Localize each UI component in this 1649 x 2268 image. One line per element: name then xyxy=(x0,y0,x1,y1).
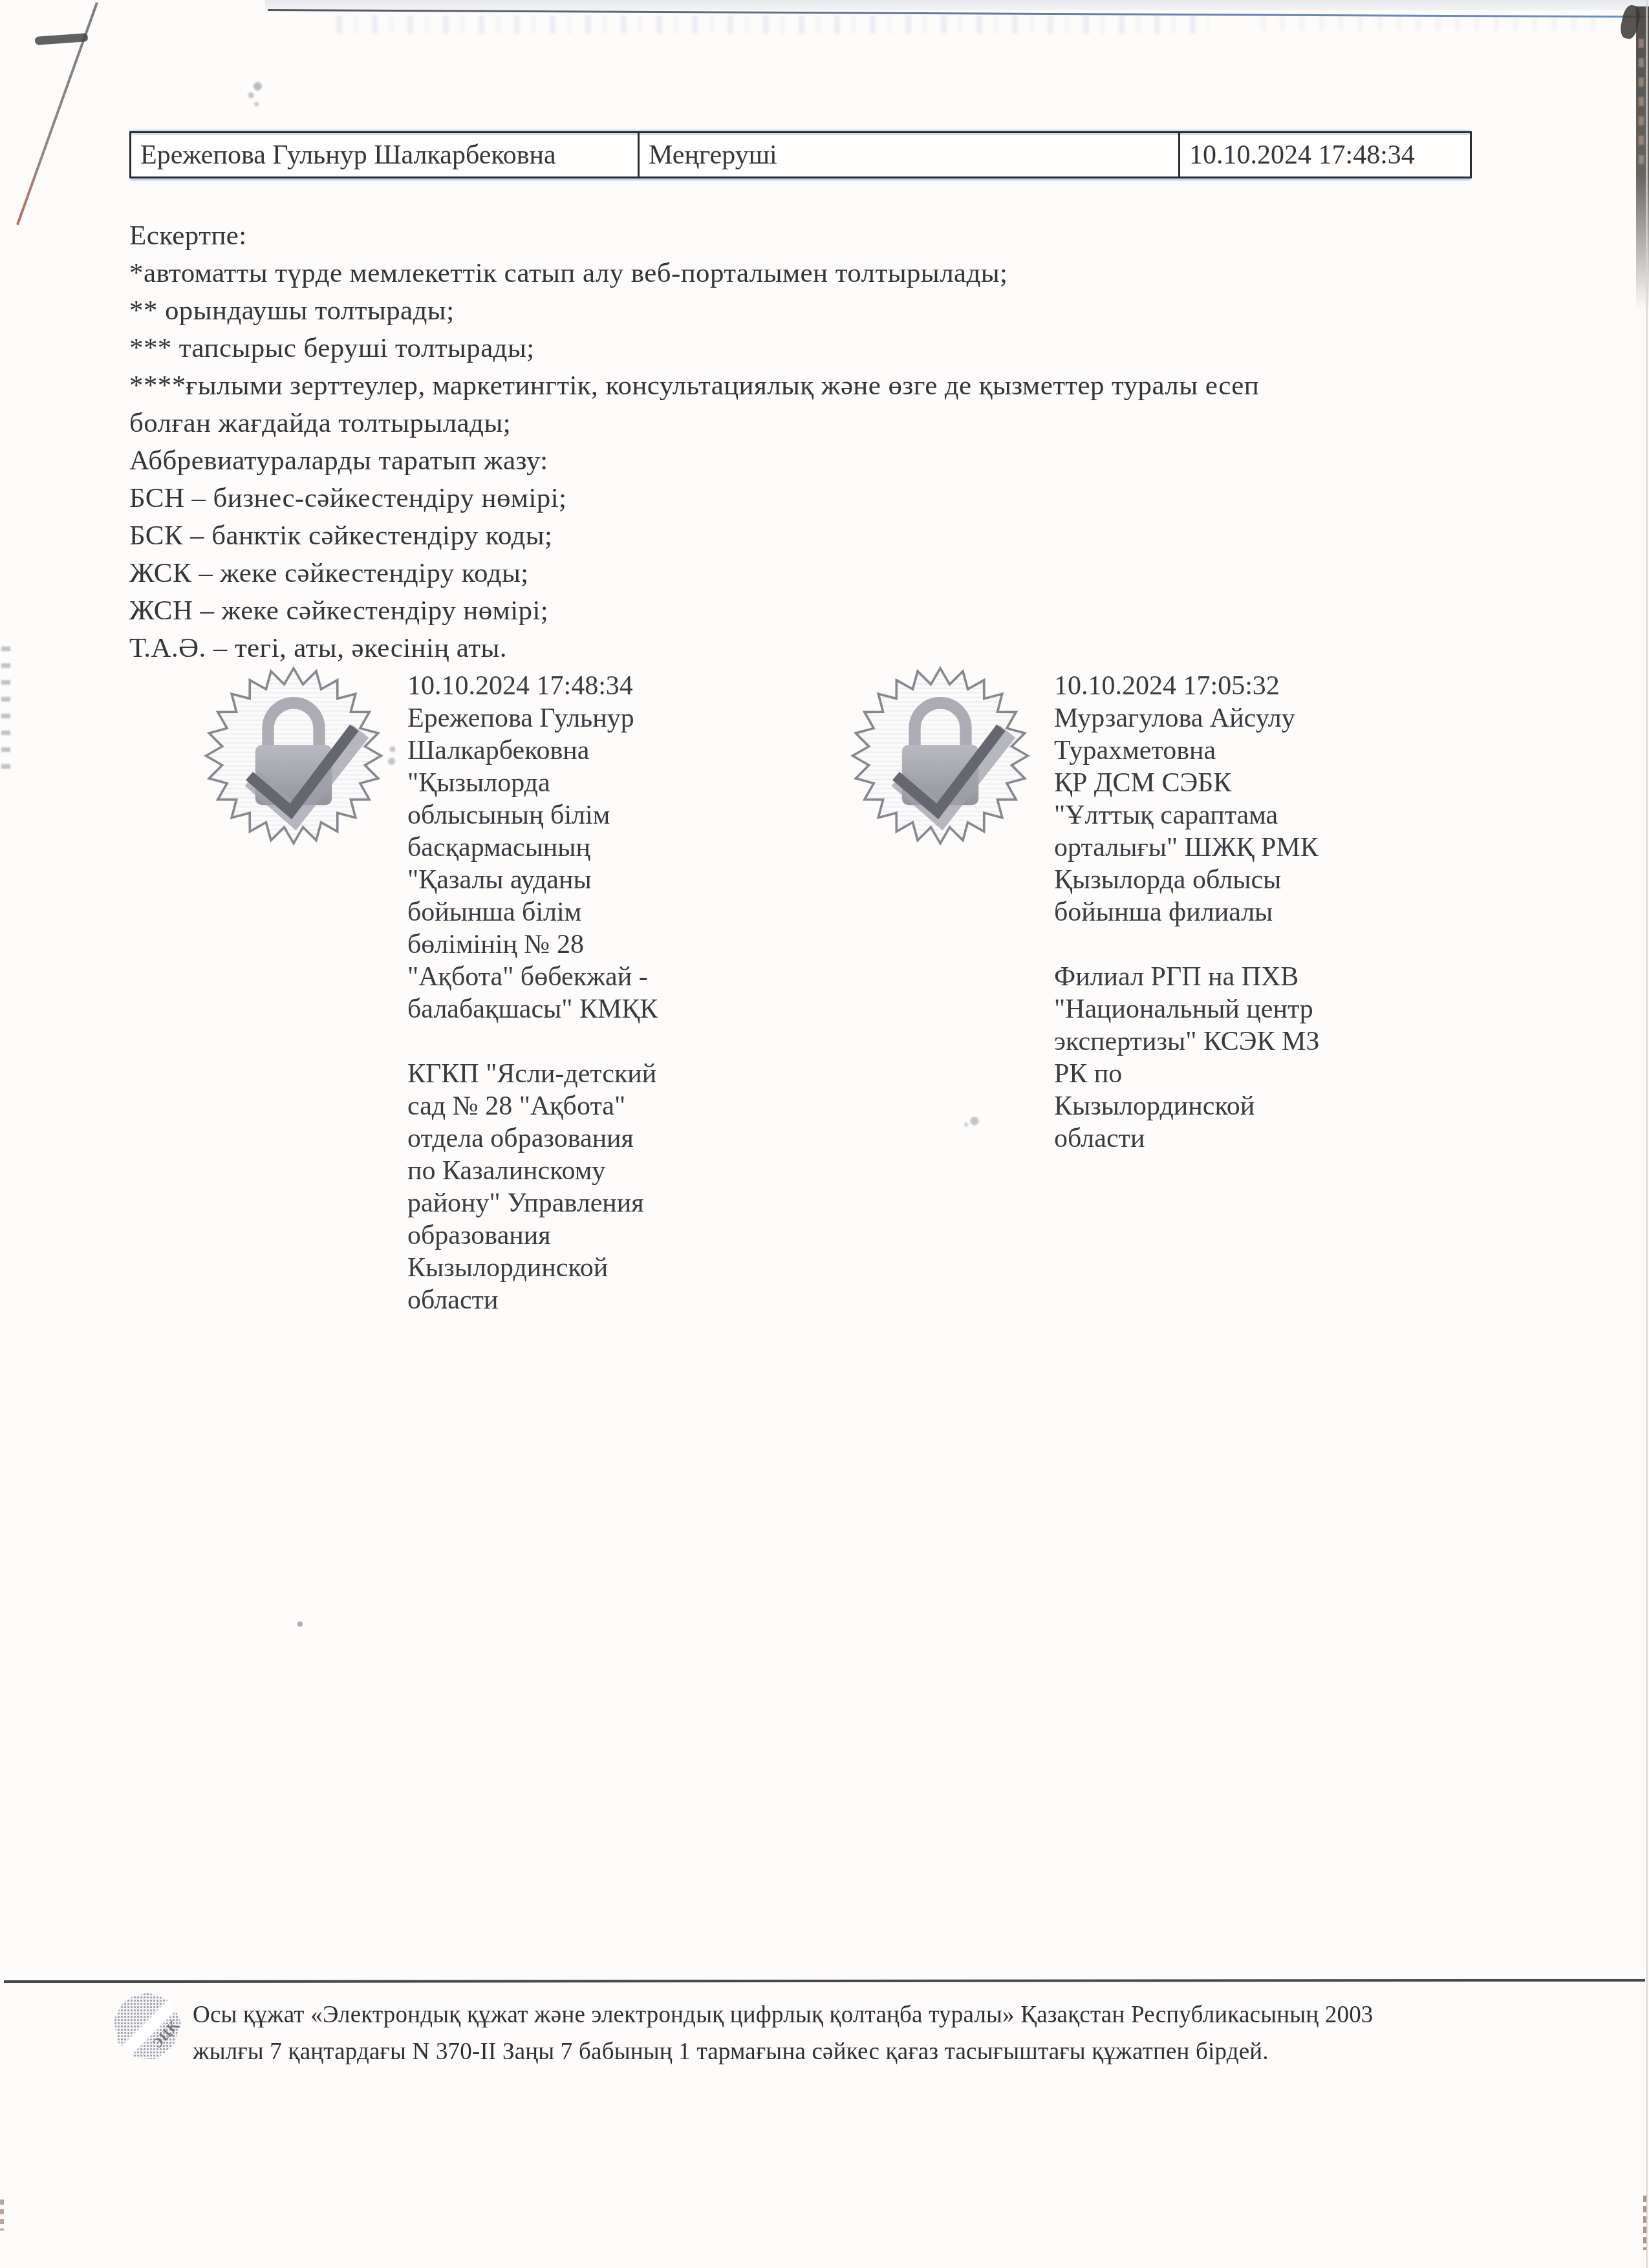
scan-artifact-top-edge-line xyxy=(268,9,1649,17)
text-line: балабақшасы" КМҚК xyxy=(407,993,711,1025)
scan-artifact-right-edge xyxy=(1646,0,1648,2268)
esign-logo-text: ЭЦҚ xyxy=(149,2017,182,2051)
text-line: болған жағдайда толтырылады; xyxy=(129,405,1474,442)
text-line: отдела образования xyxy=(407,1122,711,1155)
text-line xyxy=(1054,928,1358,961)
scan-artifact-dash xyxy=(35,33,89,45)
seal-with-padlock-and-checkmark-icon xyxy=(202,665,385,847)
text-line: Т.А.Ә. – тегі, аты, әкесінің аты. xyxy=(129,630,1474,667)
scan-artifact-bottom-left xyxy=(0,2199,4,2231)
text-line: "Қазалы ауданы xyxy=(407,864,711,896)
signer-role-cell: Меңгеруші xyxy=(639,133,1180,178)
text-line: ЖСН – жеке сәйкестендіру нөмірі; xyxy=(129,592,1474,630)
text-line: орталығы" ШЖҚ РМК xyxy=(1054,831,1358,864)
text-line: по Казалинскому xyxy=(407,1155,711,1187)
text-line: ҚР ДСМ СЭБК xyxy=(1054,767,1358,799)
text-line: КГКП "Ясли-детский xyxy=(407,1058,711,1090)
text-line: Кызылординской xyxy=(1054,1090,1358,1122)
text-line: ****ғылыми зерттеулер, маркетингтік, кон… xyxy=(129,367,1474,405)
table-row: Ережепова Гульнур Шалкарбековна Меңгеруш… xyxy=(131,133,1471,178)
signature-datetime-cell: 10.10.2024 17:48:34 xyxy=(1180,133,1471,178)
text-line: бөлімінің № 28 xyxy=(407,928,711,961)
text-line: ЖСК – жеке сәйкестендіру коды; xyxy=(129,555,1474,592)
text-line: 10.10.2024 17:48:34 xyxy=(407,670,711,702)
text-line: басқармасының xyxy=(407,831,711,864)
text-line: "Ұлттық сараптама xyxy=(1054,799,1358,831)
text-line: сад № 28 "Ақбота" xyxy=(407,1090,711,1122)
text-line: Ескертпе: xyxy=(129,217,1474,255)
text-line: Турахметовна xyxy=(1054,734,1358,767)
scan-artifact-speck xyxy=(964,1115,980,1129)
text-line: БСН – бизнес-сәйкестендіру нөмірі; xyxy=(129,480,1474,517)
text-line: бойынша филиалы xyxy=(1054,896,1358,928)
scan-artifact-speck xyxy=(297,1621,303,1627)
scan-artifact-speck xyxy=(388,745,397,767)
scan-artifact-top-band xyxy=(265,0,1649,10)
text-line: "Национальный центр xyxy=(1054,993,1358,1025)
seal-with-padlock-and-checkmark-icon xyxy=(849,665,1031,847)
text-line: Кызылординской xyxy=(407,1252,711,1284)
notes-block: Ескертпе:*автоматты түрде мемлекеттік са… xyxy=(129,217,1474,667)
scan-artifact-ghost-text xyxy=(1261,16,1597,31)
text-line: Мурзагулова Айсулу xyxy=(1054,702,1358,734)
signer-info-left: 10.10.2024 17:48:34Ережепова ГульнурШалк… xyxy=(407,670,711,1316)
seal-stamp-icon xyxy=(202,665,385,847)
scan-artifact-corner-blob xyxy=(1619,4,1642,40)
text-line: Осы құжат «Электрондық құжат және электр… xyxy=(193,1996,1551,2033)
scan-artifact-page-fold-line xyxy=(16,2,98,225)
text-line: району" Управления xyxy=(407,1187,711,1219)
signer-info-right: 10.10.2024 17:05:32Мурзагулова АйсулуТур… xyxy=(1054,670,1358,1155)
text-line: бойынша білім xyxy=(407,896,711,928)
text-line: области xyxy=(407,1284,711,1316)
text-line: "Қызылорда xyxy=(407,767,711,799)
scan-artifact-left-edge xyxy=(1,647,10,769)
scanned-document-page: Ережепова Гульнур Шалкарбековна Меңгеруш… xyxy=(0,0,1649,2268)
esign-logo-icon: ЭЦҚ xyxy=(114,1993,181,2060)
text-line: экспертизы" КСЭК МЗ xyxy=(1054,1025,1358,1058)
seal-stamp-icon xyxy=(849,665,1031,847)
text-line xyxy=(407,1025,711,1058)
footer-note: Осы құжат «Электрондық құжат және электр… xyxy=(193,1996,1551,2070)
text-line: Шалкарбековна xyxy=(407,734,711,767)
scan-artifact-smudge xyxy=(244,79,266,109)
text-line: "Ақбота" бөбекжай - xyxy=(407,961,711,993)
text-line: Қызылорда облысы xyxy=(1054,864,1358,896)
scan-artifact-corner-fringe xyxy=(1639,39,1644,168)
text-line: *автоматты түрде мемлекеттік сатып алу в… xyxy=(129,255,1474,292)
scan-artifact-right-edge xyxy=(1636,6,1649,310)
signature-table: Ережепова Гульнур Шалкарбековна Меңгеруш… xyxy=(129,131,1472,178)
footer-divider xyxy=(4,1979,1645,1983)
text-line: образования xyxy=(407,1219,711,1252)
text-line: жылғы 7 қаңтардағы N 370-II Заңы 7 бабын… xyxy=(193,2033,1551,2070)
text-line: Аббревиатураларды таратып жазу: xyxy=(129,442,1474,480)
text-line: ** орындаушы толтырады; xyxy=(129,292,1474,330)
text-line: Ережепова Гульнур xyxy=(407,702,711,734)
text-line: *** тапсырыс беруші толтырады; xyxy=(129,330,1474,367)
text-line: БСК – банктік сәйкестендіру коды; xyxy=(129,517,1474,555)
text-line: РК по xyxy=(1054,1058,1358,1090)
text-line: Филиал РГП на ПХВ xyxy=(1054,961,1358,993)
scan-artifact-ghost-text xyxy=(336,16,1209,34)
text-line: облысының білім xyxy=(407,799,711,831)
scan-artifact-bottom-right xyxy=(1643,2196,1646,2250)
text-line: области xyxy=(1054,1122,1358,1155)
text-line: 10.10.2024 17:05:32 xyxy=(1054,670,1358,702)
signer-name-cell: Ережепова Гульнур Шалкарбековна xyxy=(131,133,639,178)
